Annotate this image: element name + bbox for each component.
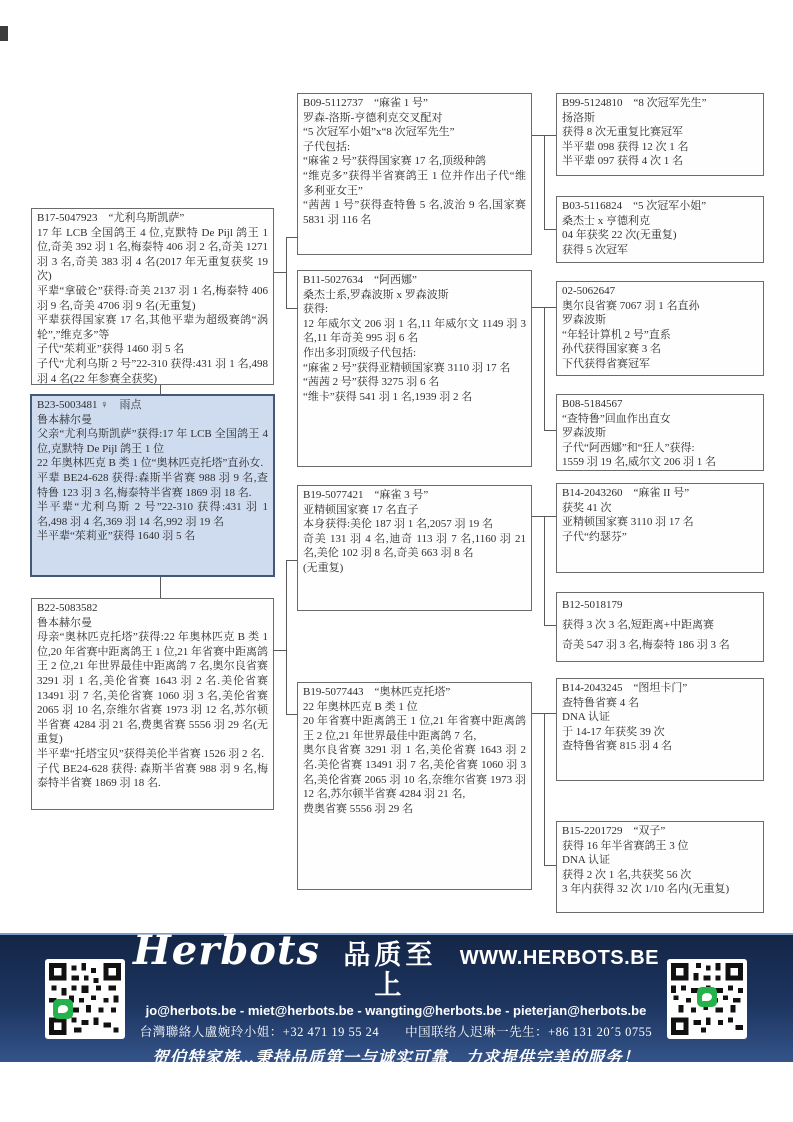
pedigree-box-body: 查特鲁省赛 4 名 DNA 认证 于 14-17 年获奖 39 次 查特鲁省赛 … <box>562 696 758 754</box>
wechat-app-icon <box>697 987 717 1007</box>
pedigree-connector <box>544 516 556 517</box>
brand-slogan: 品质至上 <box>334 940 446 1000</box>
pedigree-connector <box>286 237 297 238</box>
pedigree-connector <box>544 713 545 866</box>
footer-contacts: 台灣聯絡人盧婉玲小姐：+32 471 19 55 24 中国联络人迟琳一先生：+… <box>133 1022 659 1040</box>
pedigree-box-title: B19-5077421 “麻雀 3 号” <box>303 488 526 503</box>
pedigree-box-title: B09-5112737 “麻雀 1 号” <box>303 96 526 111</box>
pedigree-box-title: B11-5027634 “阿西娜” <box>303 273 526 288</box>
pedigree-box-b11-5027634: B11-5027634 “阿西娜” 桑杰士系,罗森波斯 x 罗森波斯 获得: 1… <box>297 270 532 467</box>
pedigree-connector <box>160 385 161 395</box>
pedigree-connector <box>544 307 556 308</box>
pedigree-connector <box>544 516 545 626</box>
pedigree-connector <box>544 135 545 230</box>
pedigree-connector <box>544 430 556 431</box>
pedigree-box-02-5062647: 02-5062647 奥尔良省赛 7067 羽 1 名直孙 罗森波斯 “年轻计算… <box>556 281 764 376</box>
pedigree-page: B17-5047923 “尤利乌斯凯萨” 17 年 LCB 全国鸽王 4 位,克… <box>0 0 793 1122</box>
pedigree-box-body: 亚精顿国家赛 17 名直子 本身获得:美伦 187 羽 1 名,2057 羽 1… <box>303 503 526 576</box>
pedigree-box-title: B99-5124810 “8 次冠军先生” <box>562 96 758 111</box>
pedigree-box-title: B19-5077443 “奥林匹克托塔” <box>303 685 526 700</box>
pedigree-box-body: 22 年奥林匹克 B 类 1 位 20 年省赛中距离鸽王 1 位,21 年省赛中… <box>303 700 526 817</box>
pedigree-box-dam-b22-5083582: B22-5083582 鲁本赫尔曼 母亲“奥林匹克托塔”获得:22 年奥林匹克 … <box>31 598 274 810</box>
pedigree-box-body: 奥尔良省赛 7067 羽 1 名直孙 罗森波斯 “年轻计算机 2 号”直系 孙代… <box>562 299 758 372</box>
pedigree-box-b15-2201729: B15-2201729 “双子” 获得 16 年半省赛鸽王 3 位 DNA 认证… <box>556 821 764 913</box>
pedigree-box-body: “查特鲁”回血作出直女 罗森波斯 子代“阿西娜”和“狂人”获得: 1559 羽 … <box>562 412 758 470</box>
pedigree-box-title: B17-5047923 “尤利乌斯凯萨” <box>37 211 268 226</box>
pedigree-box-title: B08-5184567 <box>562 397 758 412</box>
pedigree-connector <box>544 625 556 626</box>
pedigree-box-b19-5077443: B19-5077443 “奥林匹克托塔” 22 年奥林匹克 B 类 1 位 20… <box>297 682 532 890</box>
pedigree-connector <box>160 577 161 598</box>
line-app-icon <box>53 999 73 1019</box>
pedigree-box-title: B03-5116824 “5 次冠军小姐” <box>562 199 758 214</box>
pedigree-box-b14-2043245: B14-2043245 “图坦卡门” 查特鲁省赛 4 名 DNA 认证 于 14… <box>556 678 764 781</box>
pedigree-box-body: 鲁本赫尔曼 母亲“奥林匹克托塔”获得:22 年奥林匹克 B 类 1 位,20 年… <box>37 616 268 791</box>
pedigree-box-b14-2043260: B14-2043260 “麻雀 II 号” 获奖 41 次 亚精顿国家赛 311… <box>556 483 764 573</box>
pedigree-box-b08-5184567: B08-5184567 “查特鲁”回血作出直女 罗森波斯 子代“阿西娜”和“狂人… <box>556 394 764 471</box>
pedigree-connector <box>532 307 544 308</box>
pedigree-box-title: B23-5003481 ♀ 雨点 <box>37 398 268 413</box>
pedigree-box-title: B12-5018179 <box>562 595 758 615</box>
pedigree-box-title: 02-5062647 <box>562 284 758 299</box>
pedigree-connector <box>274 650 286 651</box>
pedigree-box-body: 获得 3 次 3 名,短距离+中距离赛 奇美 547 羽 3 名,梅泰特 186… <box>562 615 758 655</box>
footer-emails[interactable]: jo@herbots.be - miet@herbots.be - wangti… <box>133 1003 659 1018</box>
pedigree-connector <box>544 713 556 714</box>
footer-banner: Herbots 品质至上 WWW.HERBOTS.BE jo@herbots.b… <box>0 933 793 1062</box>
wechat-qr-code <box>667 959 747 1039</box>
pedigree-connector <box>544 865 556 866</box>
pedigree-box-subject-b23-5003481: B23-5003481 ♀ 雨点 鲁本赫尔曼 父亲“尤利乌斯凯萨”获得:17 年… <box>30 394 275 577</box>
pedigree-box-body: 罗森-洛斯-亨德利克交叉配对 “5 次冠军小姐”x“8 次冠军先生” 子代包括:… <box>303 111 526 228</box>
pedigree-box-b09-5112737: B09-5112737 “麻雀 1 号” 罗森-洛斯-亨德利克交叉配对 “5 次… <box>297 93 532 255</box>
pedigree-connector <box>286 237 287 309</box>
scan-artifact <box>0 26 8 41</box>
pedigree-connector <box>532 713 544 714</box>
pedigree-box-body: 17 年 LCB 全国鸽王 4 位,克默特 De Pijl 鸽王 1 位,奇美 … <box>37 226 268 387</box>
pedigree-connector <box>286 308 297 309</box>
pedigree-connector <box>532 135 544 136</box>
pedigree-connector <box>544 229 556 230</box>
pedigree-box-title: B22-5083582 <box>37 601 268 616</box>
pedigree-box-title: B14-2043245 “图坦卡门” <box>562 681 758 696</box>
pedigree-connector <box>532 516 544 517</box>
footer-tagline: 贺伯特家族...秉持品质第一与诚实可靠，力求提供完美的服务！ <box>133 1044 659 1068</box>
pedigree-box-b19-5077421: B19-5077421 “麻雀 3 号” 亚精顿国家赛 17 名直子 本身获得:… <box>297 485 532 611</box>
footer-brand-row: Herbots 品质至上 WWW.HERBOTS.BE <box>133 931 659 1000</box>
pedigree-box-b12-5018179: B12-5018179 获得 3 次 3 名,短距离+中距离赛 奇美 547 羽… <box>556 592 764 662</box>
pedigree-box-b99-5124810: B99-5124810 “8 次冠军先生” 扬洛斯 获得 8 次无重复比赛冠军 … <box>556 93 764 176</box>
pedigree-box-body: 桑杰士系,罗森波斯 x 罗森波斯 获得: 12 年威尔文 206 羽 1 名,1… <box>303 288 526 405</box>
pedigree-box-body: 扬洛斯 获得 8 次无重复比赛冠军 半平辈 098 获得 12 次 1 名 半平… <box>562 111 758 169</box>
pedigree-box-body: 鲁本赫尔曼 父亲“尤利乌斯凯萨”获得:17 年 LCB 全国鸽王 4 位,克默特… <box>37 413 268 544</box>
pedigree-connector <box>544 307 545 431</box>
pedigree-box-title: B15-2201729 “双子” <box>562 824 758 839</box>
pedigree-connector <box>274 272 286 273</box>
pedigree-box-b03-5116824: B03-5116824 “5 次冠军小姐” 桑杰士 x 亨德利克 04 年获奖 … <box>556 196 764 263</box>
herbots-logo: Herbots <box>133 931 320 971</box>
footer-content: Herbots 品质至上 WWW.HERBOTS.BE jo@herbots.b… <box>125 929 667 1068</box>
website-url[interactable]: WWW.HERBOTS.BE <box>460 947 659 970</box>
pedigree-connector <box>286 714 297 715</box>
pedigree-box-body: 获奖 41 次 亚精顿国家赛 3110 羽 17 名 子代“约瑟芬” <box>562 501 758 545</box>
pedigree-connector <box>544 135 556 136</box>
line-qr-code <box>45 959 125 1039</box>
pedigree-box-body: 桑杰士 x 亨德利克 04 年获奖 22 次(无重复) 获得 5 次冠军 <box>562 214 758 258</box>
pedigree-box-body: 获得 16 年半省赛鸽王 3 位 DNA 认证 获得 2 次 1 名,共获奖 5… <box>562 839 758 897</box>
pedigree-box-title: B14-2043260 “麻雀 II 号” <box>562 486 758 501</box>
pedigree-connector <box>286 560 297 561</box>
pedigree-box-sire-b17-5047923: B17-5047923 “尤利乌斯凯萨” 17 年 LCB 全国鸽王 4 位,克… <box>31 208 274 385</box>
pedigree-connector <box>286 560 287 715</box>
